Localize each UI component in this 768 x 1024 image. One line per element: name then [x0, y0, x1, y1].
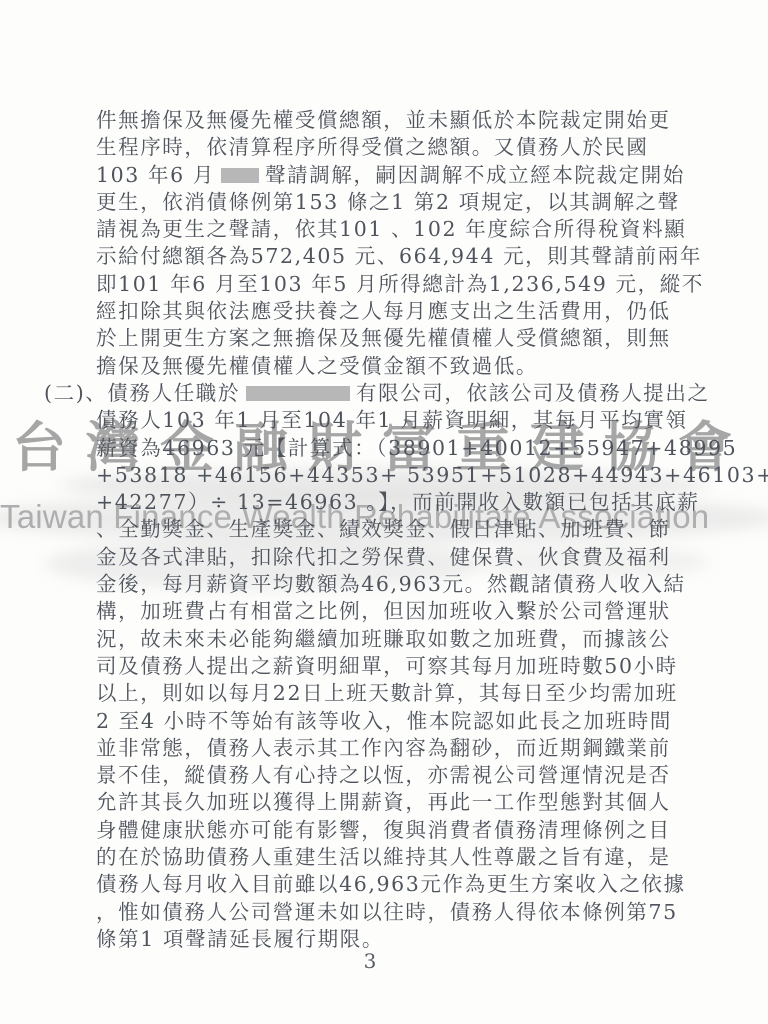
text-segment: 景不佳，縱債務人有心持之以恆，亦需視公司營運情況是否 — [96, 763, 671, 787]
text-line: ，惟如債務人公司營運未如以往時，債務人得依本條例第75 — [44, 899, 744, 926]
text-segment: 示給付總額各為572,405 元、664,944 元，則其聲請前兩年 — [96, 244, 702, 268]
text-segment: 擔保及無優先權債權人之受償金額不致過低。 — [96, 354, 538, 378]
text-segment: 債務人每月收入目前雖以46,963元作為更生方案收入之依據 — [96, 872, 686, 896]
text-segment: 即101 年6 月至103 年5 月所得總計為1,236,549 元，縱不 — [96, 272, 704, 296]
text-segment: 更生，依消債條例第153 條之1 第2 項規定，以其調解之聲 — [96, 190, 680, 214]
text-segment: +42277）÷ 13=46963 。】，而前開收入數額已包括其底薪 — [96, 490, 699, 514]
text-segment: 債務人103 年1 月至104 年1 月薪資明細，其每月平均實領 — [96, 408, 688, 432]
text-segment: 件無擔保及無優先權受償總額，並未顯低於本院裁定開始更 — [96, 108, 671, 132]
document-page: 台灣金融財富重建協會 Taiwan Finance Wealth Rehabil… — [0, 0, 768, 1024]
text-line: 薪資為46963 元【計算式：（38901+40012+55947+48995 — [44, 435, 744, 462]
redaction-box — [246, 386, 350, 401]
text-segment: 、全勤獎金、生產獎金、績效獎金、假日津貼、加班費、節 — [96, 517, 671, 541]
text-segment: (二)、債務人任職於 — [44, 381, 240, 405]
text-segment: 金後，每月薪資平均數額為46,963元。然觀諸債務人收入結 — [96, 572, 686, 596]
text-segment: 並非常態，債務人表示其工作內容為翻砂，而近期鋼鐵業前 — [96, 736, 671, 760]
text-segment: +53818 +46156+44353+ 53951+51028+44943+4… — [96, 463, 768, 487]
text-segment: 司及債務人提出之薪資明細單，可察其每月加班時數50小時 — [96, 654, 678, 678]
text-segment: 生程序時，依清算程序所得受償之總額。又債務人於民國 — [96, 135, 649, 159]
text-line: 允許其長久加班以獲得上開薪資，再此一工作型態對其個人 — [44, 789, 744, 816]
text-line: 經扣除其與依法應受扶養之人每月應支出之生活費用，仍低 — [44, 298, 744, 325]
text-line: 構，加班費占有相當之比例，但因加班收入繫於公司營運狀 — [44, 598, 744, 625]
text-segment: 薪資為46963 元【計算式：（38901+40012+55947+48995 — [96, 436, 737, 460]
text-segment: 聲請調解，嗣因調解不成立經本院裁定開始 — [265, 163, 685, 187]
text-line: 、全勤獎金、生產獎金、績效獎金、假日津貼、加班費、節 — [44, 516, 744, 543]
text-segment: 以上，則如以每月22日上班天數計算，其每日至少均需加班 — [96, 681, 678, 705]
text-segment: 於上開更生方案之無擔保及無優先權債權人受償總額，則無 — [96, 326, 671, 350]
text-line: 103 年6 月聲請調解，嗣因調解不成立經本院裁定開始 — [44, 162, 744, 189]
text-line: 債務人每月收入目前雖以46,963元作為更生方案收入之依據 — [44, 871, 744, 898]
text-line: 金及各式津貼，扣除代扣之勞保費、健保費、伙食費及福利 — [44, 544, 744, 571]
text-segment: 身體健康狀態亦可能有影響，復與消費者債務清理條例之目 — [96, 818, 671, 842]
text-line: 即101 年6 月至103 年5 月所得總計為1,236,549 元，縱不 — [44, 271, 744, 298]
text-segment: 103 年6 月 — [96, 163, 215, 187]
text-line: 債務人103 年1 月至104 年1 月薪資明細，其每月平均實領 — [44, 407, 744, 434]
text-line: 請視為更生之聲請，依其101 、102 年度綜合所得稅資料顯 — [44, 216, 744, 243]
text-segment: 條第1 項聲請延長履行期限。 — [96, 927, 384, 951]
text-line: 況，故未來未必能夠繼續加班賺取如數之加班費，而據該公 — [44, 626, 744, 653]
text-line: 示給付總額各為572,405 元、664,944 元，則其聲請前兩年 — [44, 243, 744, 270]
page-number: 3 — [0, 949, 740, 973]
text-line: +42277）÷ 13=46963 。】，而前開收入數額已包括其底薪 — [44, 489, 744, 516]
text-line: 更生，依消債條例第153 條之1 第2 項規定，以其調解之聲 — [44, 189, 744, 216]
text-segment: 允許其長久加班以獲得上開薪資，再此一工作型態對其個人 — [96, 790, 671, 814]
text-line: 2 至4 小時不等始有該等收入，惟本院認如此長之加班時間 — [44, 708, 744, 735]
text-segment: 金及各式津貼，扣除代扣之勞保費、健保費、伙食費及福利 — [96, 545, 671, 569]
text-segment: 況，故未來未必能夠繼續加班賺取如數之加班費，而據該公 — [96, 627, 671, 651]
text-line: 擔保及無優先權債權人之受償金額不致過低。 — [44, 353, 744, 380]
text-line: 身體健康狀態亦可能有影響，復與消費者債務清理條例之目 — [44, 817, 744, 844]
text-line: +53818 +46156+44353+ 53951+51028+44943+4… — [44, 462, 744, 489]
text-line: 並非常態，債務人表示其工作內容為翻砂，而近期鋼鐵業前 — [44, 735, 744, 762]
text-line: 的在於協助債務人重建生活以維持其人性尊嚴之旨有違，是 — [44, 844, 744, 871]
text-segment: 構，加班費占有相當之比例，但因加班收入繫於公司營運狀 — [96, 599, 671, 623]
redaction-box — [221, 168, 259, 183]
text-segment: 的在於協助債務人重建生活以維持其人性尊嚴之旨有違，是 — [96, 845, 671, 869]
text-line: 生程序時，依清算程序所得受償之總額。又債務人於民國 — [44, 134, 744, 161]
text-segment: 2 至4 小時不等始有該等收入，惟本院認如此長之加班時間 — [96, 709, 672, 733]
text-lines: 件無擔保及無優先權受償總額，並未顯低於本院裁定開始更生程序時，依清算程序所得受償… — [44, 107, 744, 953]
text-line: 以上，則如以每月22日上班天數計算，其每日至少均需加班 — [44, 680, 744, 707]
text-line: (二)、債務人任職於有限公司，依該公司及債務人提出之 — [44, 380, 744, 407]
text-line: 景不佳，縱債務人有心持之以恆，亦需視公司營運情況是否 — [44, 762, 744, 789]
text-segment: 有限公司，依該公司及債務人提出之 — [356, 381, 710, 405]
text-line: 金後，每月薪資平均數額為46,963元。然觀諸債務人收入結 — [44, 571, 744, 598]
text-segment: 請視為更生之聲請，依其101 、102 年度綜合所得稅資料顯 — [96, 217, 686, 241]
text-line: 於上開更生方案之無擔保及無優先權債權人受償總額，則無 — [44, 325, 744, 352]
text-line: 司及債務人提出之薪資明細單，可察其每月加班時數50小時 — [44, 653, 744, 680]
text-segment: 經扣除其與依法應受扶養之人每月應支出之生活費用，仍低 — [96, 299, 671, 323]
text-line: 件無擔保及無優先權受償總額，並未顯低於本院裁定開始更 — [44, 107, 744, 134]
text-segment: ，惟如債務人公司營運未如以往時，債務人得依本條例第75 — [96, 900, 678, 924]
